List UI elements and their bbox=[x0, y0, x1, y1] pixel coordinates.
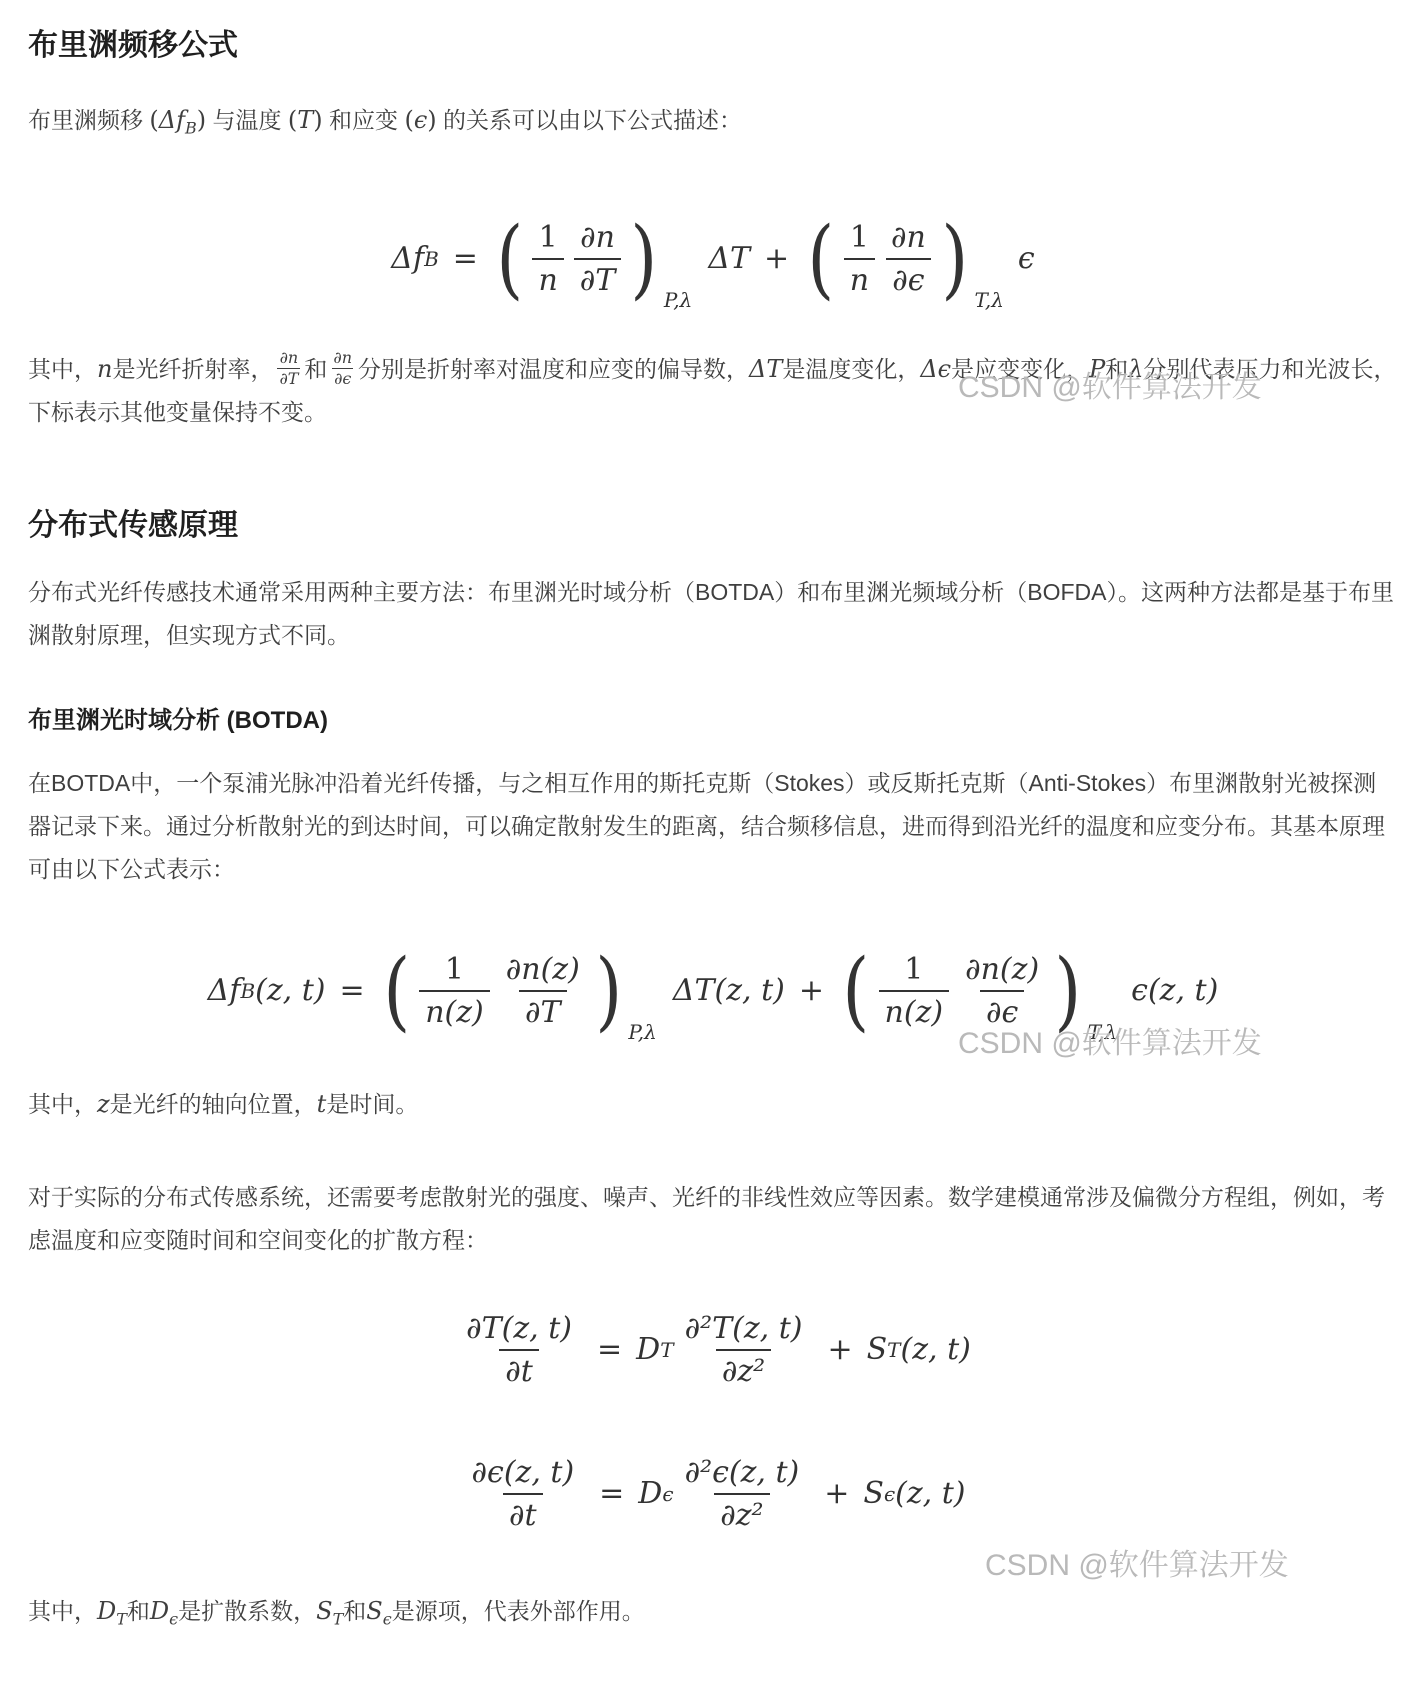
text-run: 与温度 bbox=[206, 107, 288, 133]
math-sub: B bbox=[185, 119, 197, 138]
math-paren: ) bbox=[427, 106, 436, 134]
subsection-title-botda: 布里渊光时域分析 (BOTDA) bbox=[28, 705, 1398, 736]
math-source-S: S bbox=[867, 1332, 888, 1367]
math-sub: T bbox=[887, 1338, 900, 1362]
fraction-1-over-n: 1n bbox=[532, 220, 563, 298]
text-run: 其中， bbox=[28, 1598, 97, 1624]
inline-fraction-dn-deps: ∂n∂ϵ bbox=[331, 349, 354, 389]
math-var-n: n bbox=[97, 355, 112, 383]
left-paren: ( bbox=[496, 216, 523, 302]
fraction-d2T-dz2: ∂²T(z, t)∂z² bbox=[679, 1311, 809, 1389]
fraction-1-over-n: 1n bbox=[844, 220, 875, 298]
math-var-z: z bbox=[97, 1090, 110, 1118]
math-paren: ( bbox=[149, 106, 158, 134]
fraction-dn-deps: ∂n∂ϵ bbox=[885, 220, 932, 298]
text-run: 是光纤折射率， bbox=[112, 356, 273, 382]
right-paren: ) bbox=[631, 216, 658, 302]
math-epsilon: ϵ bbox=[1018, 241, 1035, 276]
text-run: 是扩散系数， bbox=[178, 1598, 316, 1624]
math-args: (z, t) bbox=[895, 1476, 965, 1511]
math-var-t: t bbox=[317, 1090, 327, 1118]
math-paren: ( bbox=[288, 106, 297, 134]
section-title-distributed-sensing: 分布式传感原理 bbox=[28, 506, 1398, 545]
equals-sign: = bbox=[340, 973, 365, 1008]
botda-paragraph: 在BOTDA中，一个泵浦光脉冲沿着光纤传播，与之相互作用的斯托克斯（Stokes… bbox=[28, 762, 1398, 891]
math-sub: ϵ bbox=[662, 1482, 673, 1506]
fraction-dn-dT: ∂n∂T bbox=[574, 220, 622, 298]
paren-group-strain: ( 1n ∂n∂ϵ ) T,λ bbox=[803, 216, 1004, 302]
math-source-S: S bbox=[863, 1476, 884, 1511]
text-run: 是源项，代表外部作用。 bbox=[392, 1598, 645, 1624]
left-paren: ( bbox=[383, 948, 410, 1034]
equals-sign: = bbox=[453, 241, 478, 276]
math-paren: ) bbox=[313, 106, 322, 134]
text-run: 其中， bbox=[28, 1091, 97, 1117]
left-paren: ( bbox=[808, 216, 835, 302]
fraction-deps-dt: ∂ϵ(z, t)∂t bbox=[466, 1455, 581, 1533]
math-sub: T bbox=[660, 1338, 673, 1362]
right-paren: ) bbox=[595, 948, 622, 1034]
math-var-delta-fb: Δf bbox=[159, 106, 185, 134]
formula-brillouin-shift: ΔfB = ( 1n ∂n∂T ) P,λ ΔT + ( 1n ∂n∂ϵ ) T… bbox=[28, 196, 1398, 322]
article-page: 布里渊频移公式 布里渊频移 (ΔfB) 与温度 (T) 和应变 (ϵ) 的关系可… bbox=[0, 0, 1424, 1700]
modeling-paragraph: 对于实际的分布式传感系统，还需要考虑散射光的强度、噪声、光纤的非线性效应等因素。… bbox=[28, 1176, 1398, 1262]
fraction-d2eps-dz2: ∂²ϵ(z, t)∂z² bbox=[679, 1455, 806, 1533]
section-title-brillouin-shift-formula: 布里渊频移公式 bbox=[28, 26, 1398, 65]
distributed-sensing-paragraph: 分布式光纤传感技术通常采用两种主要方法：布里渊光时域分析（BOTDA）和布里渊光… bbox=[28, 571, 1398, 657]
math-var-Deps: D bbox=[150, 1597, 169, 1625]
formula-temperature-diffusion: ∂T(z, t)∂t = DT ∂²T(z, t)∂z² + ST(z, t) bbox=[28, 1300, 1398, 1400]
math-var-ST: S bbox=[316, 1597, 332, 1625]
math-delta-T: ΔT bbox=[749, 355, 782, 383]
paren-group-temperature: ( 1n ∂n∂T ) P,λ bbox=[492, 216, 692, 302]
text-run: 和 bbox=[304, 356, 327, 382]
math-args: (z, t) bbox=[901, 1332, 971, 1367]
csdn-watermark: CSDN @软件算法开发 bbox=[985, 1540, 1289, 1584]
fraction-1-over-nz: 1n(z) bbox=[879, 952, 950, 1030]
subscript-P-lambda: P,λ bbox=[664, 288, 692, 312]
text-run: 和 bbox=[127, 1598, 150, 1624]
fraction-1-over-nz: 1n(z) bbox=[419, 952, 490, 1030]
text-run: 和 bbox=[343, 1598, 366, 1624]
text-run: 是温度变化， bbox=[782, 356, 920, 382]
subscript-P-lambda: P,λ bbox=[628, 1020, 656, 1044]
equals-sign: = bbox=[597, 1332, 622, 1367]
math-paren: ( bbox=[404, 106, 413, 134]
formula-strain-diffusion: ∂ϵ(z, t)∂t = Dϵ ∂²ϵ(z, t)∂z² + Sϵ(z, t) bbox=[28, 1444, 1398, 1544]
math-sub: T bbox=[333, 1609, 344, 1628]
plus-sign: + bbox=[827, 1332, 852, 1367]
fraction-dT-dt: ∂T(z, t)∂t bbox=[460, 1311, 578, 1389]
equals-sign: = bbox=[599, 1476, 624, 1511]
math-lhs: Δf bbox=[208, 973, 241, 1008]
text-run: 分别是折射率对温度和应变的偏导数， bbox=[358, 356, 749, 382]
text-run: 和应变 bbox=[323, 107, 405, 133]
plus-sign: + bbox=[764, 241, 789, 276]
subscript-T-lambda: T,λ bbox=[974, 288, 1003, 312]
math-sub: T bbox=[116, 1609, 127, 1628]
math-lhs: Δf bbox=[391, 241, 424, 276]
math-delta-T: ΔT bbox=[708, 241, 750, 276]
text-run: 是时间。 bbox=[326, 1091, 418, 1117]
math-sub: ϵ bbox=[383, 1609, 392, 1628]
csdn-watermark: CSDN @软件算法开发 bbox=[958, 1018, 1262, 1062]
fraction-dnz-dT: ∂n(z)∂T bbox=[500, 952, 586, 1030]
math-sub: ϵ bbox=[169, 1609, 178, 1628]
text-run: 其中， bbox=[28, 356, 97, 382]
math-epsilon-zt: ϵ(z, t) bbox=[1131, 973, 1218, 1008]
right-paren: ) bbox=[941, 216, 968, 302]
math-coef-D: D bbox=[636, 1332, 660, 1367]
math-paren: ) bbox=[197, 106, 206, 134]
intro-paragraph: 布里渊频移 (ΔfB) 与温度 (T) 和应变 (ϵ) 的关系可以由以下公式描述… bbox=[28, 99, 1398, 150]
text-run: 的关系可以由以下公式描述： bbox=[437, 107, 742, 133]
csdn-watermark: CSDN @软件算法开发 bbox=[958, 362, 1262, 406]
math-var-Seps: S bbox=[366, 1597, 382, 1625]
math-delta-eps: Δϵ bbox=[920, 355, 951, 383]
math-sub: B bbox=[240, 979, 255, 1003]
math-sub: B bbox=[424, 247, 439, 271]
text-run: 是光纤的轴向位置， bbox=[110, 1091, 317, 1117]
text-run: 布里渊频移 bbox=[28, 107, 149, 133]
inline-fraction-dn-dT: ∂n∂T bbox=[277, 349, 300, 389]
math-coef-D: D bbox=[638, 1476, 662, 1511]
math-sub: ϵ bbox=[884, 1482, 895, 1506]
math-var-DT: D bbox=[97, 1597, 116, 1625]
math-delta-T-zt: ΔT(z, t) bbox=[673, 973, 785, 1008]
plus-sign: + bbox=[799, 973, 824, 1008]
math-args: (z, t) bbox=[255, 973, 325, 1008]
zt-explanation-paragraph: 其中，z是光纤的轴向位置，t是时间。 bbox=[28, 1083, 1398, 1126]
plus-sign: + bbox=[824, 1476, 849, 1511]
left-paren: ( bbox=[842, 948, 869, 1034]
paren-group-temperature: ( 1n(z) ∂n(z)∂T ) P,λ bbox=[379, 948, 657, 1034]
math-var-epsilon: ϵ bbox=[414, 106, 427, 134]
math-var-T: T bbox=[297, 106, 313, 134]
coefficients-paragraph: 其中，DT和Dϵ是扩散系数，ST和Sϵ是源项，代表外部作用。 bbox=[28, 1590, 1398, 1641]
